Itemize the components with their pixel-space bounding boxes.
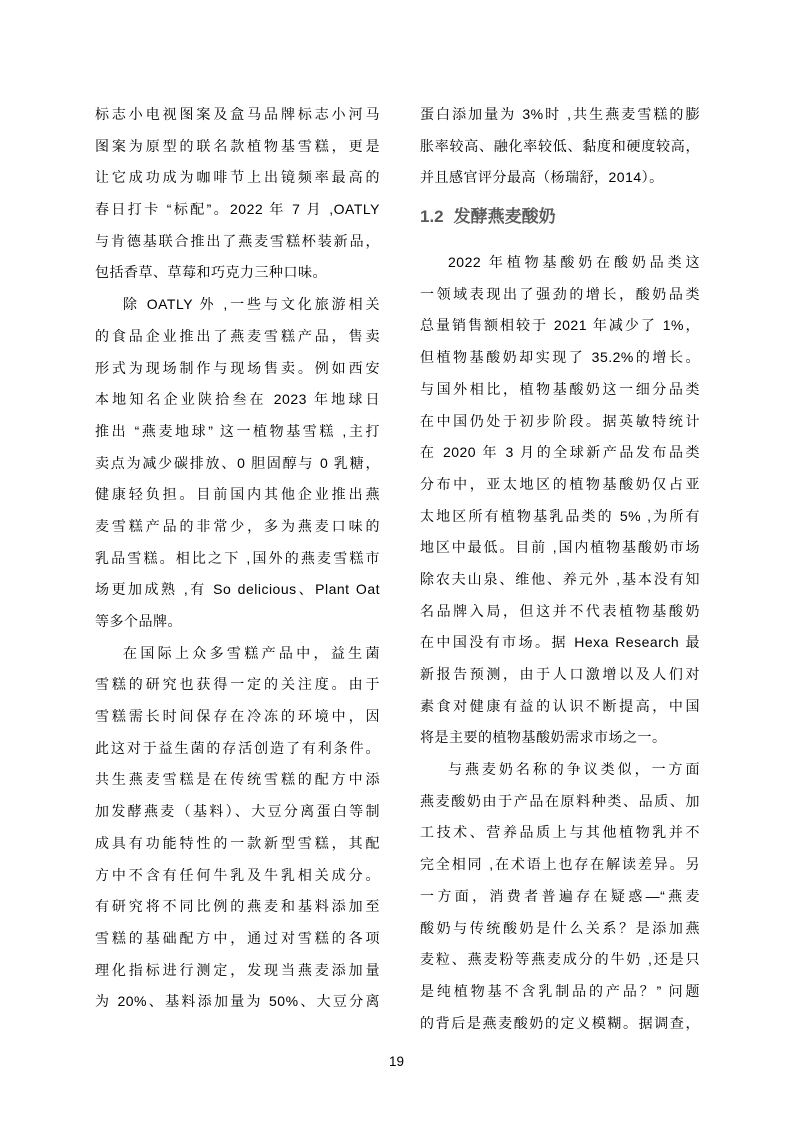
text-line: 2022 年植物基酸奶在酸奶品类这 bbox=[420, 247, 700, 279]
paragraph: 2022 年植物基酸奶在酸奶品类这一领域表现出了强劲的增长，酸奶品类总量销售额相… bbox=[420, 247, 700, 754]
text-line: 与燕麦奶名称的争议类似，一方面 bbox=[420, 754, 700, 786]
text-line: 乳品雪糕。相比之下 ,国外的燕麦雪糕市 bbox=[95, 543, 380, 575]
page-number: 19 bbox=[0, 1054, 793, 1069]
text-line: 场更加成熟 ,有 So delicious、Plant Oat bbox=[95, 574, 380, 606]
text-line: 包括香草、草莓和巧克力三种口味。 bbox=[95, 257, 380, 289]
text-line: 与国外相比，植物基酸奶这一细分品类 bbox=[420, 374, 700, 406]
section-heading: 1.2发酵燕麦酸奶 bbox=[420, 205, 700, 229]
text-line: 雪糕的基础配方中，通过对雪糕的各项 bbox=[95, 923, 380, 955]
text-line: 一方面，消费者普遍存在疑惑—“燕麦 bbox=[420, 881, 700, 913]
page-content: 标志小电视图案及盒马品牌标志小河马图案为原型的联名款植物基雪糕，更是让它成功成为… bbox=[95, 99, 700, 1039]
text-line: 太地区所有植物基乳品类的 5% ,为所有 bbox=[420, 501, 700, 533]
text-line: 但植物基酸奶却实现了 35.2%的增长。 bbox=[420, 342, 700, 374]
text-line: 有研究将不同比例的燕麦和基料添加至 bbox=[95, 891, 380, 923]
text-line: 将是主要的植物基酸奶需求市场之一。 bbox=[420, 722, 700, 754]
paragraph: 与燕麦奶名称的争议类似，一方面燕麦酸奶由于产品在原料种类、品质、加工技术、营养品… bbox=[420, 754, 700, 1039]
text-line: 加发酵燕麦（基料）、大豆分离蛋白等制 bbox=[95, 796, 380, 828]
text-line: 共生燕麦雪糕是在传统雪糕的配方中添 bbox=[95, 764, 380, 796]
text-line: 胀率较高、融化率较低、黏度和硬度较高， bbox=[420, 131, 700, 163]
text-line: 名品牌入局，但这并不代表植物基酸奶 bbox=[420, 596, 700, 628]
paragraph: 标志小电视图案及盒马品牌标志小河马图案为原型的联名款植物基雪糕，更是让它成功成为… bbox=[95, 99, 380, 289]
text-line: 一领域表现出了强劲的增长，酸奶品类 bbox=[420, 279, 700, 311]
text-line: 为 20%、基料添加量为 50%、大豆分离 bbox=[95, 986, 380, 1018]
text-line: 蛋白添加量为 3%时 ,共生燕麦雪糕的膨 bbox=[420, 99, 700, 131]
text-line: 地区中最低。目前 ,国内植物基酸奶市场 bbox=[420, 532, 700, 564]
text-line: 麦粒、燕麦粉等燕麦成分的牛奶 ,还是只 bbox=[420, 944, 700, 976]
text-line: 推出 “燕麦地球” 这一植物基雪糕 ,主打 bbox=[95, 416, 380, 448]
text-line: 形式为现场制作与现场售卖。例如西安 bbox=[95, 353, 380, 385]
text-line: 健康轻负担。目前国内其他企业推出燕 bbox=[95, 479, 380, 511]
text-line: 标志小电视图案及盒马品牌标志小河马 bbox=[95, 99, 380, 131]
text-line: 让它成功成为咖啡节上出镜频率最高的 bbox=[95, 162, 380, 194]
text-line: 春日打卡 “标配”。2022 年 7 月 ,OATLY bbox=[95, 194, 380, 226]
text-line: 等多个品牌。 bbox=[95, 606, 380, 638]
text-line: 雪糕的研究也获得一定的关注度。由于 bbox=[95, 669, 380, 701]
text-line: 燕麦酸奶由于产品在原料种类、品质、加 bbox=[420, 786, 700, 818]
text-line: 的背后是燕麦酸奶的定义模糊。据调查， bbox=[420, 1008, 700, 1040]
text-line: 理化指标进行测定，发现当燕麦添加量 bbox=[95, 955, 380, 987]
paragraph: 在国际上众多雪糕产品中，益生菌雪糕的研究也获得一定的关注度。由于雪糕需长时间保存… bbox=[95, 638, 380, 1018]
column-right: 蛋白添加量为 3%时 ,共生燕麦雪糕的膨胀率较高、融化率较低、黏度和硬度较高，并… bbox=[420, 99, 700, 1039]
paragraph: 除 OATLY 外 ,一些与文化旅游相关的食品企业推出了燕麦雪糕产品，售卖形式为… bbox=[95, 289, 380, 638]
text-line: 完全相同 ,在术语上也存在解读差异。另 bbox=[420, 849, 700, 881]
text-line: 麦雪糕产品的非常少，多为燕麦口味的 bbox=[95, 511, 380, 543]
document-page: 标志小电视图案及盒马品牌标志小河马图案为原型的联名款植物基雪糕，更是让它成功成为… bbox=[0, 0, 793, 1122]
text-line: 在国际上众多雪糕产品中，益生菌 bbox=[95, 638, 380, 670]
text-line: 的食品企业推出了燕麦雪糕产品，售卖 bbox=[95, 321, 380, 353]
text-line: 在中国没有市场。据 Hexa Research 最 bbox=[420, 627, 700, 659]
text-line: 素食对健康有益的认识不断提高，中国 bbox=[420, 691, 700, 723]
text-line: 总量销售额相较于 2021 年减少了 1%， bbox=[420, 310, 700, 342]
text-line: 此这对于益生菌的存活创造了有利条件。 bbox=[95, 733, 380, 765]
text-line: 卖点为减少碳排放、0 胆固醇与 0 乳糖， bbox=[95, 448, 380, 480]
column-left: 标志小电视图案及盒马品牌标志小河马图案为原型的联名款植物基雪糕，更是让它成功成为… bbox=[95, 99, 380, 1039]
text-line: 工技术、营养品质上与其他植物乳并不 bbox=[420, 817, 700, 849]
text-line: 方中不含有任何牛乳及牛乳相关成分。 bbox=[95, 860, 380, 892]
text-line: 成具有功能特性的一款新型雪糕，其配 bbox=[95, 828, 380, 860]
text-line: 是纯植物基不含乳制品的产品？” 问题 bbox=[420, 976, 700, 1008]
text-line: 除农夫山泉、维他、养元外 ,基本没有知 bbox=[420, 564, 700, 596]
text-line: 本地知名企业陕拾叁在 2023 年地球日 bbox=[95, 384, 380, 416]
text-line: 分布中，亚太地区的植物基酸奶仅占亚 bbox=[420, 469, 700, 501]
text-line: 在 2020 年 3 月的全球新产品发布品类 bbox=[420, 437, 700, 469]
section-heading-number: 1.2 bbox=[420, 207, 444, 226]
text-line: 新报告预测，由于人口激增以及人们对 bbox=[420, 659, 700, 691]
text-line: 酸奶与传统酸奶是什么关系？是添加燕 bbox=[420, 913, 700, 945]
text-line: 在中国仍处于初步阶段。据英敏特统计 bbox=[420, 406, 700, 438]
text-line: 并且感官评分最高（杨瑞舒，2014）。 bbox=[420, 162, 700, 194]
paragraph: 蛋白添加量为 3%时 ,共生燕麦雪糕的膨胀率较高、融化率较低、黏度和硬度较高，并… bbox=[420, 99, 700, 194]
text-line: 与肯德基联合推出了燕麦雪糕杯装新品， bbox=[95, 226, 380, 258]
text-line: 除 OATLY 外 ,一些与文化旅游相关 bbox=[95, 289, 380, 321]
text-line: 图案为原型的联名款植物基雪糕，更是 bbox=[95, 131, 380, 163]
section-heading-title: 发酵燕麦酸奶 bbox=[454, 207, 556, 226]
text-line: 雪糕需长时间保存在冷冻的环境中，因 bbox=[95, 701, 380, 733]
